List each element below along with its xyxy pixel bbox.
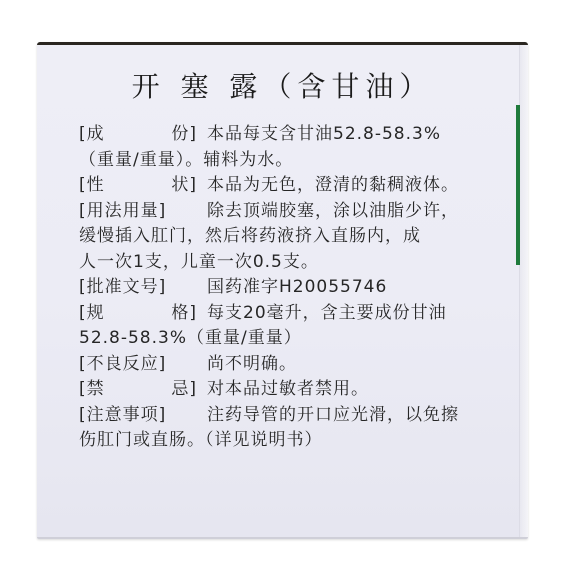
section-contraindications: [禁忌]对本品过敏者禁用。: [79, 377, 499, 403]
product-title: 开 塞 露（含甘油）: [37, 65, 528, 105]
section-text: 本品每支含甘油52.8-58.3%: [207, 124, 441, 144]
section-text-continued: （重量/重量）。辅料为水。: [79, 148, 499, 174]
section-approval-number: [批准文号]国药准字H20055746: [79, 275, 499, 301]
section-text-continued: 缓慢插入肛门，然后将药液挤入直肠内，成: [79, 224, 499, 250]
section-text: 国药准字H20055746: [207, 277, 387, 297]
green-accent-stripe: [516, 105, 520, 265]
medicine-box-side-panel: 开 塞 露（含甘油） [成份]本品每支含甘油52.8-58.3% （重量/重量）…: [37, 42, 528, 539]
section-text: 尚不明确。: [207, 354, 297, 374]
section-description: [性状]本品为无色，澄清的黏稠液体。: [79, 173, 499, 199]
section-text: 注药导管的开口应光滑，以免擦: [207, 405, 459, 425]
section-label: [性状]: [79, 173, 197, 199]
section-label: [批准文号]: [79, 275, 207, 301]
label-text-block: [成份]本品每支含甘油52.8-58.3% （重量/重量）。辅料为水。 [性状]…: [79, 122, 499, 454]
section-label: [用法用量]: [79, 199, 207, 225]
section-text-continued: 人一次1支，儿童一次0.5支。: [79, 250, 499, 276]
section-text: 对本品过敏者禁用。: [207, 379, 369, 399]
section-text: 本品为无色，澄清的黏稠液体。: [207, 175, 459, 195]
section-text-continued: 伤肛门或直肠。（详见说明书）: [79, 428, 499, 454]
section-text: 每支20毫升，含主要成份甘油: [207, 303, 447, 323]
section-specification: [规格]每支20毫升，含主要成份甘油: [79, 301, 499, 327]
section-label: [不良反应]: [79, 352, 207, 378]
section-text-continued: 52.8-58.3%（重量/重量）: [79, 326, 499, 352]
section-usage: [用法用量]除去顶端胶塞，涂以油脂少许，: [79, 199, 499, 225]
box-edge: [519, 45, 528, 537]
section-label: [规格]: [79, 301, 197, 327]
section-ingredients: [成份]本品每支含甘油52.8-58.3%: [79, 122, 499, 148]
section-adverse-reactions: [不良反应]尚不明确。: [79, 352, 499, 378]
section-label: [成份]: [79, 122, 197, 148]
section-label: [注意事项]: [79, 403, 207, 429]
section-precautions: [注意事项]注药导管的开口应光滑，以免擦: [79, 403, 499, 429]
section-label: [禁忌]: [79, 377, 197, 403]
section-text: 除去顶端胶塞，涂以油脂少许，: [207, 201, 459, 221]
